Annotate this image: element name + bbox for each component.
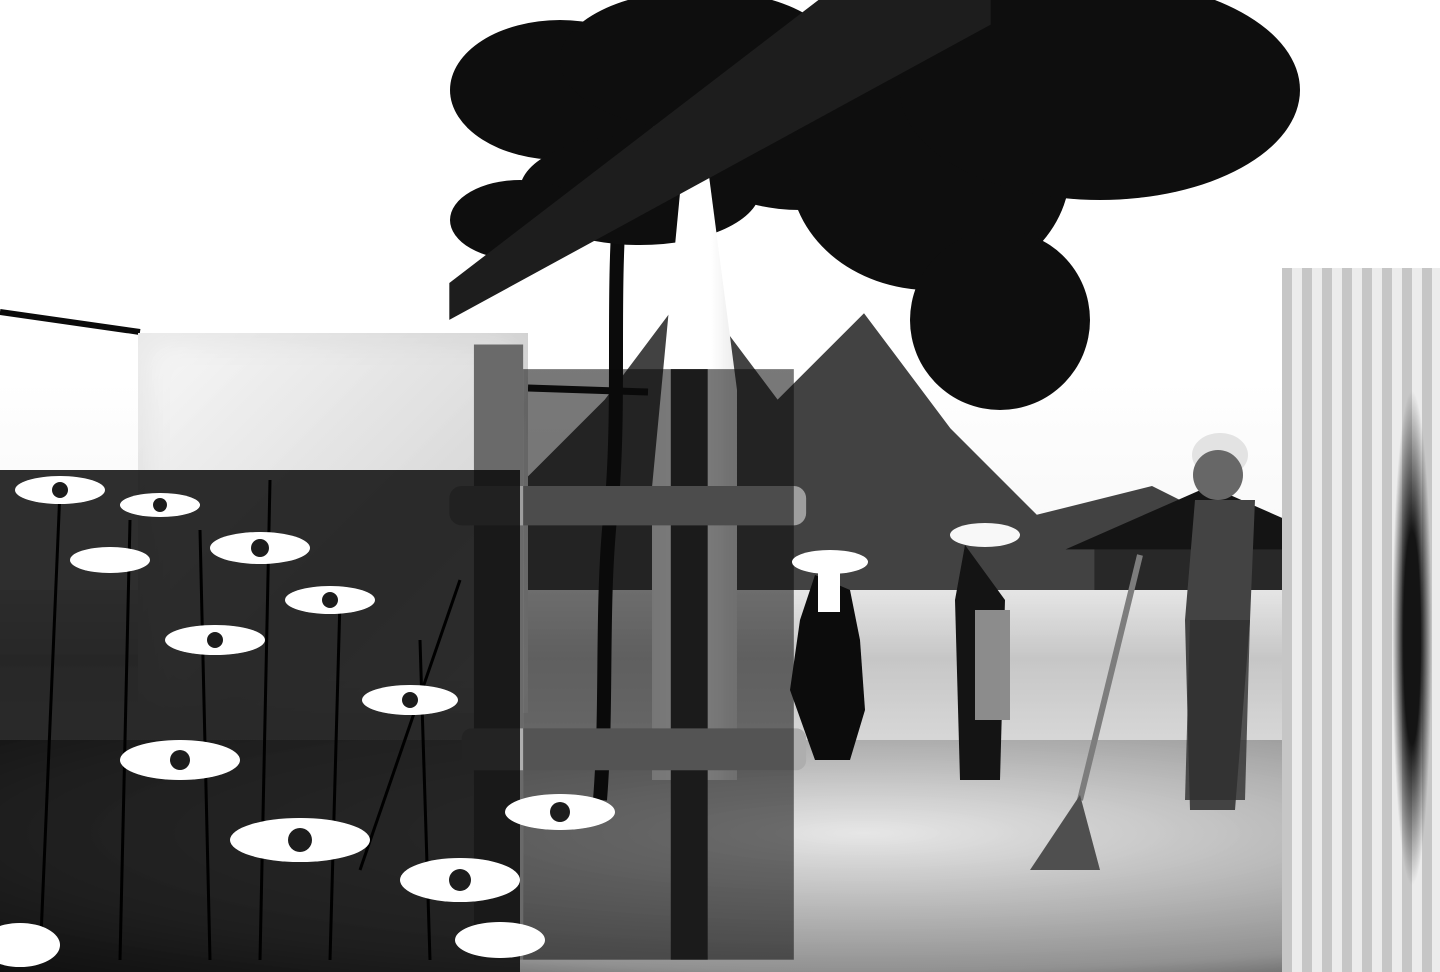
daisies-foreground	[0, 0, 1440, 972]
photograph: Black-and-white photograph of a rural Ja…	[0, 0, 1440, 972]
